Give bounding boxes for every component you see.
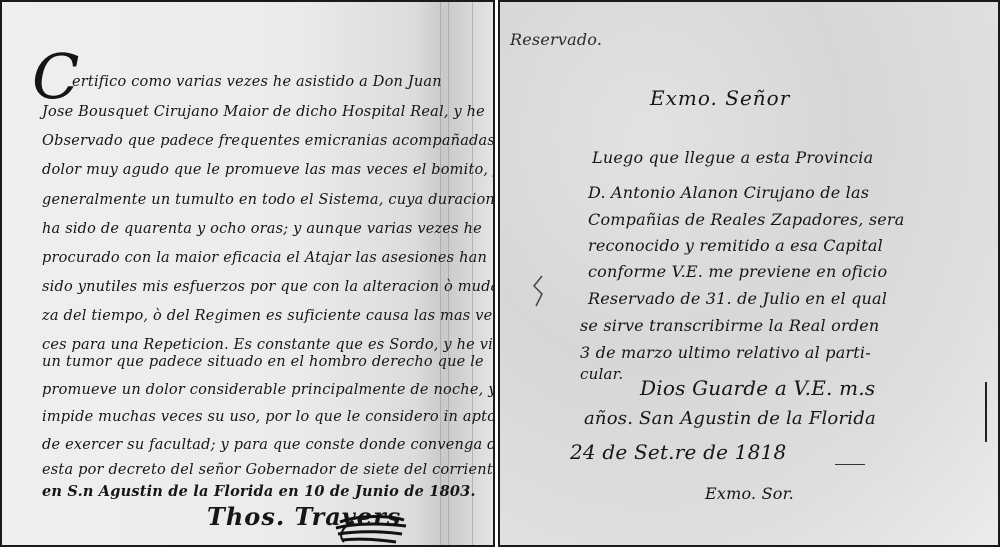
- manuscript-line: de exercer su facultad; y para que const…: [42, 437, 495, 453]
- manuscript-line: za del tiempo, ò del Regimen es suficien…: [42, 308, 495, 324]
- place-date-line: en S.n Agustin de la Florida en 10 de Ju…: [42, 483, 476, 500]
- date-line: 24 de Set.re de 1818: [570, 440, 786, 464]
- manuscript-line: esta por decreto del señor Gobernador de…: [42, 462, 495, 478]
- letter-line: 3 de marzo ultimo relativo al parti-: [580, 343, 871, 362]
- letter-line: se sirve transcribirme la Real orden: [580, 316, 879, 335]
- manuscript-line: sido ynutiles mis esfuerzos por que con …: [42, 279, 495, 295]
- letter-line: Compañias de Reales Zapadores, sera: [588, 210, 905, 229]
- letter-line: Reservado de 31. de Julio en el qual: [588, 289, 887, 308]
- edge-mark: [985, 382, 987, 442]
- margin-mark-icon: [528, 272, 548, 312]
- manuscript-line: generalmente un tumulto en todo el Siste…: [42, 192, 495, 208]
- manuscript-line: ces para una Repeticion. Es constante qu…: [42, 337, 495, 353]
- manuscript-line: promueve un dolor considerable principal…: [42, 382, 495, 398]
- manuscript-line: impide muchas veces su uso, por lo que l…: [42, 409, 495, 425]
- closing-line: años. San Agustin de la Florida: [584, 408, 876, 429]
- right-manuscript-page: Reservado. Exmo. Señor Luego que llegue …: [498, 0, 1000, 547]
- manuscript-line: ertifico como varias vezes he asistido a…: [72, 74, 442, 90]
- manuscript-line: procurado con la maior eficacia el Ataja…: [42, 250, 487, 266]
- manuscript-line: Jose Bousquet Cirujano Maior de dicho Ho…: [42, 104, 485, 120]
- left-manuscript-page: C ertifico como varias vezes he asistido…: [0, 0, 495, 547]
- letter-line: cular.: [580, 365, 623, 383]
- letter-line: reconocido y remitido a esa Capital: [588, 236, 883, 255]
- letter-line: D. Antonio Alanon Cirujano de las: [588, 183, 869, 202]
- letter-line: conforme V.E. me previene en oficio: [588, 262, 887, 281]
- manuscript-line: Observado que padece frequentes emicrani…: [42, 133, 495, 149]
- margin-note: Reservado.: [510, 30, 602, 49]
- manuscript-line: un tumor que padece situado en el hombro…: [42, 354, 484, 370]
- signature-rubric-icon: [332, 512, 412, 547]
- letter-line: Luego que llegue a esta Provincia: [592, 148, 873, 167]
- manuscript-line: ha sido de quarenta y ocho oras; y aunqu…: [42, 221, 482, 237]
- flourish-dash: [835, 464, 865, 465]
- salutation: Exmo. Señor: [650, 86, 790, 110]
- manuscript-line: dolor muy agudo que le promueve las mas …: [42, 162, 495, 178]
- footer-addressee: Exmo. Sor.: [705, 484, 794, 503]
- closing-line: Dios Guarde a V.E. m.s: [640, 376, 875, 400]
